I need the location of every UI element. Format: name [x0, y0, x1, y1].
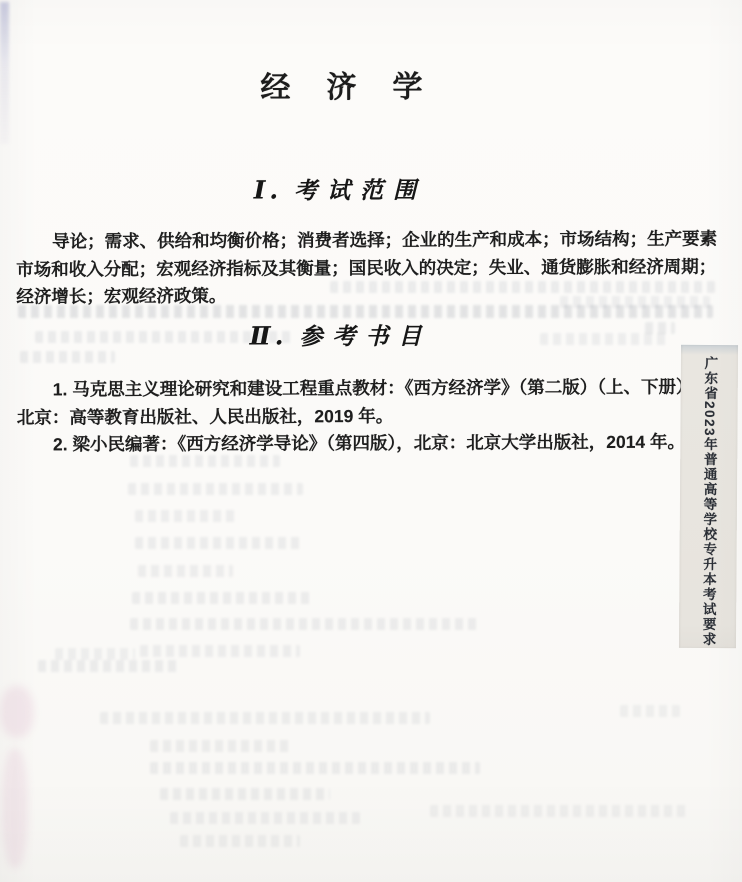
paragraph-line: 导论；需求、供给和均衡价格；消费者选择；企业的生产和成本；市场结构；生产要素	[16, 225, 730, 256]
section-numeral: Ⅰ.	[254, 175, 283, 204]
reference-line: 2. 梁小民编著：《西方经济学导论》（第四版），北京：北京大学出版社，2014 …	[17, 428, 731, 459]
paragraph-line: 经济增长；宏观经济政策。	[16, 280, 730, 311]
section-heading-label: 考试范围	[294, 177, 426, 205]
side-tab-label: 广东省2023年普通高等学校专升本考试要求	[697, 356, 719, 648]
reference-list: 1. 马克思主义理论研究和建设工程重点教材：《西方经济学》（第二版）（上、下册）…	[17, 373, 731, 459]
exam-scope-paragraph: 导论；需求、供给和均衡价格；消费者选择；企业的生产和成本；市场结构；生产要素 市…	[16, 225, 730, 311]
section-heading-label: 参考书目	[299, 323, 431, 351]
reference-line: 北京：高等教育出版社、人民出版社，2019 年。	[17, 401, 731, 432]
reference-line: 1. 马克思主义理论研究和建设工程重点教材：《西方经济学》（第二版）（上、下册）…	[17, 373, 731, 404]
page-content: 经济学 Ⅰ.考试范围 导论；需求、供给和均衡价格；消费者选择；企业的生产和成本；…	[0, 0, 742, 882]
scanned-document-page: 经济学 Ⅰ.考试范围 导论；需求、供给和均衡价格；消费者选择；企业的生产和成本；…	[0, 0, 742, 882]
side-tab-exam-requirement: 广东省2023年普通高等学校专升本考试要求	[679, 345, 738, 648]
paragraph-line: 市场和收入分配；宏观经济指标及其衡量；国民收入的决定；失业、通货膨胀和经济周期；	[16, 253, 730, 284]
section-heading-reference-books: Ⅱ.参考书目	[0, 317, 712, 353]
page-title: 经济学	[0, 60, 731, 107]
section-numeral: Ⅱ.	[250, 321, 288, 350]
section-heading-exam-scope: Ⅰ.考试范围	[0, 171, 711, 207]
